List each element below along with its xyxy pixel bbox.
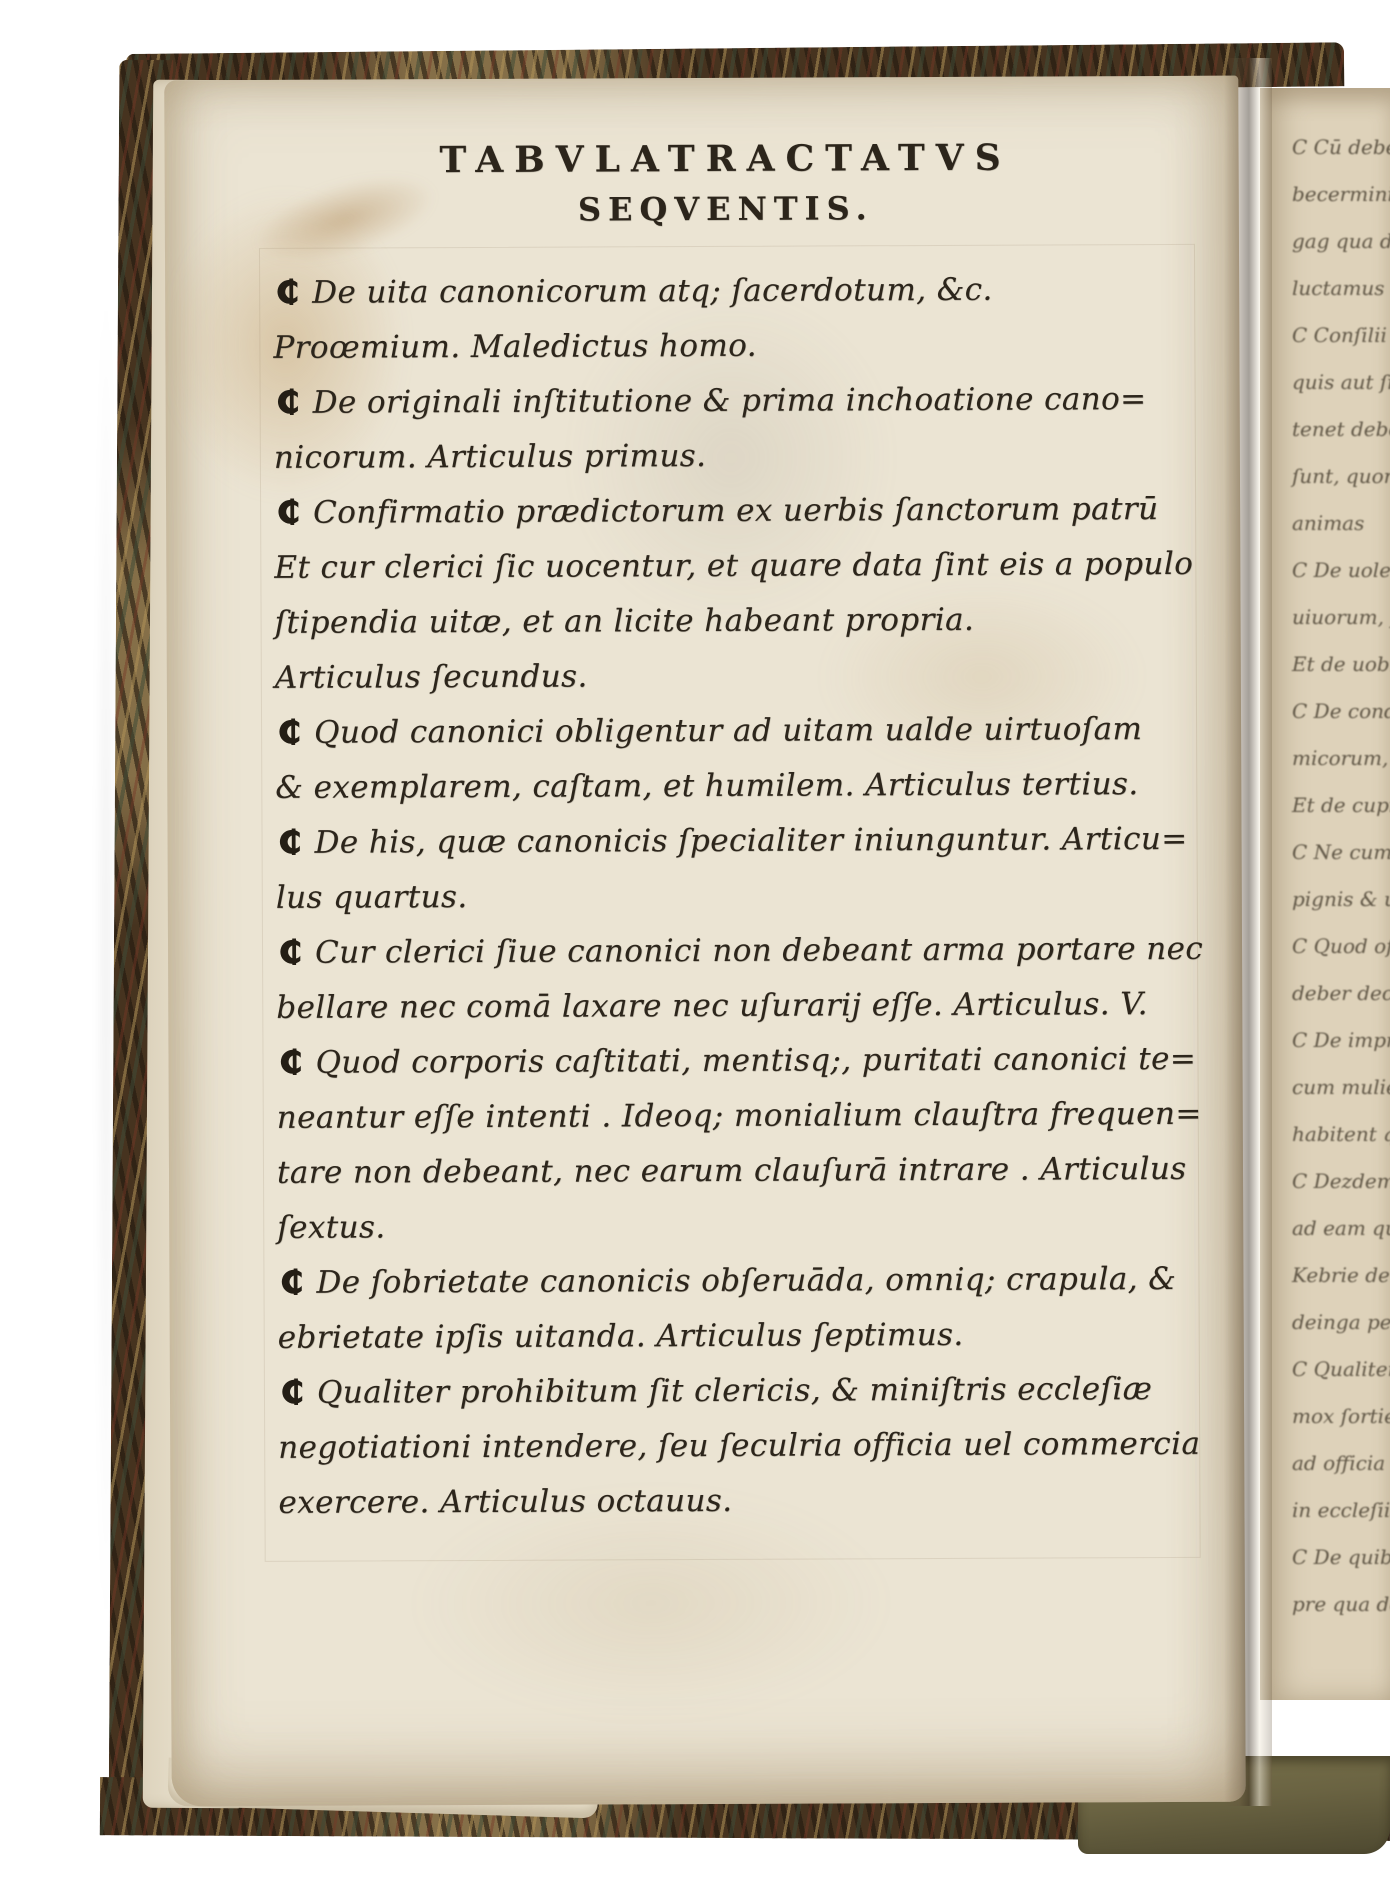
- toc-line: bellare nec comā laxare nec uſurarij eſſ…: [276, 977, 1176, 1036]
- toc-line: nicorum. Articulus primus.: [274, 427, 1174, 486]
- facing-page-text-fragment: ad officia r: [1260, 1440, 1390, 1487]
- capitulum-icon: [276, 1047, 302, 1077]
- facing-page-text-fragment: deinga pen: [1260, 1299, 1390, 1346]
- toc-line: lus quartus.: [276, 867, 1176, 926]
- capitulum-icon: [274, 497, 300, 527]
- facing-page-text-fragment: luctamus: [1260, 265, 1390, 312]
- toc-line: exercere. Articulus octauus.: [278, 1472, 1178, 1531]
- facing-page-text-fragment: C De uolen: [1260, 547, 1390, 594]
- facing-page-text-fragment: Et de cupid: [1260, 782, 1390, 829]
- capitulum-icon: [275, 717, 301, 747]
- facing-page-text-fragment: cum mulieri: [1260, 1064, 1390, 1111]
- toc-line: De ſobrietate canonicis obſeruāda, omniq…: [277, 1252, 1177, 1311]
- toc-line: Quod canonici obligentur ad uitam ualde …: [275, 702, 1175, 761]
- toc-line: Qualiter prohibitum ſit clericis, & mini…: [278, 1362, 1178, 1421]
- book-photo: C Cū debe becerminis gag qua d luctamus …: [0, 0, 1390, 1890]
- facing-page-text-column: C Cū debe becerminis gag qua d luctamus …: [1260, 124, 1390, 1628]
- facing-page-text-fragment: deber decent: [1260, 970, 1390, 1017]
- facing-page-text-fragment: pignis & ue: [1260, 876, 1390, 923]
- page-title-line-1: TABVLATRACTATVS: [283, 136, 1169, 182]
- toc-line: Confirmatio prædictorum ex uerbis ſancto…: [274, 482, 1174, 541]
- toc-line: Quod corporis caſtitati, mentisq;, purit…: [276, 1032, 1176, 1091]
- capitulum-icon: [275, 827, 301, 857]
- facing-page-text-fragment: C De impru: [1260, 1017, 1390, 1064]
- table-of-contents-page: TABVLATRACTATVS SEQVENTIS. De uita canon…: [164, 76, 1246, 1807]
- toc-line: negotiationi intendere, ſeu ſeculria off…: [278, 1417, 1178, 1476]
- capitulum-icon: [273, 277, 299, 307]
- facing-page-text-fragment: C Cū debe: [1260, 124, 1390, 171]
- toc-line: Articulus ſecundus.: [275, 647, 1175, 706]
- toc-line: De uita canonicorum atq; ſacerdotum, &c.: [273, 262, 1173, 321]
- toc-line: neantur eſſe intenti . Ideoq; monialium …: [277, 1087, 1177, 1146]
- facing-page-text-fragment: ad eam qua: [1260, 1205, 1390, 1252]
- capitulum-icon: [274, 387, 300, 417]
- facing-page-text-fragment: in eccleſiis: [1260, 1487, 1390, 1534]
- facing-page-text-fragment: becerminis: [1260, 171, 1390, 218]
- toc-line: De his, quæ canonicis ſpecialiter iniung…: [275, 812, 1175, 871]
- toc-line: ſextus.: [277, 1197, 1177, 1256]
- facing-page-text-fragment: uiuorum, ſ: [1260, 594, 1390, 641]
- facing-page-text-fragment: C Ne cum a: [1260, 829, 1390, 876]
- facing-page-text-fragment: micorum, &: [1260, 735, 1390, 782]
- facing-page-text-fragment: habitent qu: [1260, 1111, 1390, 1158]
- facing-page-text-fragment: mox ſortien: [1260, 1393, 1390, 1440]
- capitulum-icon: [277, 1267, 303, 1297]
- facing-page-text-fragment: Kebrie de f: [1260, 1252, 1390, 1299]
- toc-line: tare non debeant, nec earum clauſurā int…: [277, 1142, 1177, 1201]
- capitulum-icon: [278, 1377, 304, 1407]
- facing-page-text-fragment: ſunt, quorū: [1260, 453, 1390, 500]
- facing-page-text-fragment: pre qua de: [1260, 1581, 1390, 1628]
- toc-line: Et cur clerici ſic uocentur, et quare da…: [274, 537, 1174, 596]
- facing-page-text-fragment: C De quibu: [1260, 1534, 1390, 1581]
- facing-page-text-fragment: C Quod offi: [1260, 923, 1390, 970]
- facing-page-text-fragment: C Dezdem: [1260, 1158, 1390, 1205]
- capitulum-icon: [276, 937, 302, 967]
- toc-line: Cur clerici ſiue canonici non debeant ar…: [276, 922, 1176, 981]
- facing-page-text-fragment: quis aut ſi: [1260, 359, 1390, 406]
- facing-page-text-fragment: C Conſilii ſ: [1260, 312, 1390, 359]
- toc-line: Proœmium. Maledictus homo.: [273, 317, 1173, 376]
- facing-page-text-fragment: C De conde: [1260, 688, 1390, 735]
- facing-page-edge: C Cū debe becerminis gag qua d luctamus …: [1260, 88, 1390, 1700]
- toc-line: ſtipendia uitæ, et an licite habeant pro…: [274, 592, 1174, 651]
- facing-page-text-fragment: animas: [1260, 500, 1390, 547]
- facing-page-text-fragment: C Qualiter: [1260, 1346, 1390, 1393]
- page-title-line-2: SEQVENTIS.: [283, 188, 1169, 230]
- toc-line: De originali inſtitutione & prima inchoa…: [274, 372, 1174, 431]
- facing-page-text-fragment: Et de uobis: [1260, 641, 1390, 688]
- toc-line: ebrietate ipſis uitanda. Articulus ſepti…: [278, 1307, 1178, 1366]
- toc-line: & exemplarem, caſtam, et humilem. Articu…: [275, 757, 1175, 816]
- facing-page-text-fragment: gag qua d: [1260, 218, 1390, 265]
- page-gutter-shadow: [1224, 58, 1272, 1806]
- toc-text-block: De uita canonicorum atq; ſacerdotum, &c.…: [273, 262, 1179, 1531]
- facing-page-text-fragment: tenet deben: [1260, 406, 1390, 453]
